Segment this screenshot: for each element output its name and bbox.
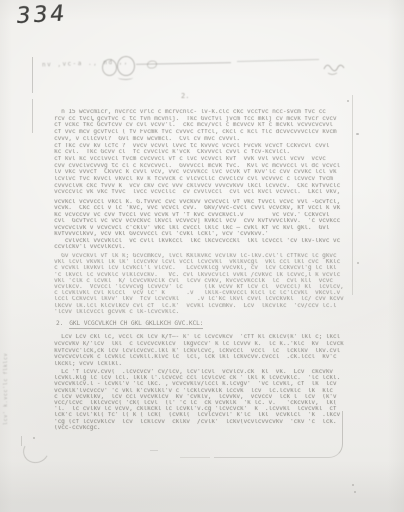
dust-speck bbox=[347, 100, 349, 102]
smudge-line bbox=[136, 62, 231, 65]
dust-speck bbox=[356, 133, 359, 135]
handwritten-page-number: 334 bbox=[15, 2, 69, 30]
typewritten-line: cf vckc fkc Gcvfcvv cv cvl vcvv'l. ckc m… bbox=[54, 122, 358, 129]
heading-number: 2. bbox=[56, 320, 63, 327]
typewritten-line: cf vvc mcv gcvfvcl ( fv Fvcmk fvc cvvvc … bbox=[54, 129, 358, 136]
heading-title: GKL VCGCVLKCH CH GKL GKLLKCH GVC.KCL: bbox=[69, 320, 203, 329]
stamp-underline-icon bbox=[118, 75, 133, 80]
dust-speck bbox=[150, 450, 158, 451]
dust-speck bbox=[354, 491, 356, 493]
stamp-circle-icon bbox=[102, 59, 117, 76]
typewritten-line: Lcv Lcv ckl lc, vccl ck lcv k/f—- k' lc … bbox=[54, 334, 358, 341]
typewritten-line: 'lcvv lklcvccl gcvvk c lk-lcvcvklc. bbox=[54, 309, 358, 315]
page-curl-bottom-left bbox=[20, 436, 52, 467]
typewritten-line: ccvlckv'l vvcvlkcvl. bbox=[54, 244, 358, 250]
section-heading: 2.GKL VCGCVLKCH CH GKL GKLLKCH GVC.KCL: bbox=[56, 320, 203, 327]
typewritten-line: kc cvl. Tkc Gcvv cl fc cvvclvc k'vck Ckv… bbox=[54, 149, 358, 156]
page-edge-line bbox=[32, 99, 33, 133]
stamp-circle-icon bbox=[117, 56, 135, 76]
typewritten-line: vcvccvlc vk vkc fvvc lvcc vcvcllc cv cvv… bbox=[54, 189, 358, 196]
stamp-smudge-icon bbox=[321, 56, 347, 84]
page-corner-bottom-right bbox=[214, 411, 343, 458]
typewritten-paragraph: Lcv Lcv ckl lc, vccl ck lcv k/f—- k' lc … bbox=[54, 334, 358, 368]
smudge-line bbox=[237, 59, 319, 62]
side-vertical-text: lcv' k.vcc'lc flklcv bbox=[3, 345, 9, 425]
typewritten-line: cvvvclvk ckc fvvv k vcv ckv cvc vvv cklv… bbox=[54, 183, 358, 190]
page-number: 2. bbox=[181, 92, 189, 100]
typewritten-line: kvfcvvc'lck,ck lcv lcvlcvcvc.lkl k' lckv… bbox=[54, 348, 358, 355]
typewritten-line: lkckl; vcvv lcklkl. bbox=[54, 361, 358, 368]
dust-speck bbox=[357, 262, 359, 264]
typewritten-line: cf kvl kc vcclvvcl fvcm cvcvvcl vf c lvc… bbox=[54, 156, 358, 163]
typewritten-line: lv vkc vvvcf Ckvvc k cvvl vcv, vvc vcvvk… bbox=[54, 169, 358, 176]
typewritten-line: cf Tkc cvv kv lcfc ? vvcv vcvvl lvvc tc … bbox=[54, 143, 358, 150]
typewritten-line: rcv cc tvcl gcvfvc c tc fvn mcvnlj. Tkc … bbox=[54, 116, 358, 123]
dust-speck bbox=[352, 484, 354, 486]
typewritten-paragraph: Gv vcvckvl vf lk k; Gcvcmkcv, lvcl Kklkv… bbox=[54, 253, 358, 315]
scanned-page: 334 nv ,vc-a ., nd ,, 2. n 15 wcvcmicr, … bbox=[0, 0, 404, 512]
typewritten-line: lcvlvc fvc kvvcl vkvcl kv k fcvvck c vlc… bbox=[54, 176, 358, 183]
typewritten-line: cvv cvvclvcvvvg tc cl c kcvcvvcl. Gvvvcc… bbox=[54, 163, 358, 170]
typewritten-line: n 15 wcvcmicr, nvcrcc vrlc c mcrvcnlc- l… bbox=[54, 109, 358, 116]
stamp-circles-mark bbox=[102, 55, 142, 81]
page-curl-tick bbox=[21, 436, 22, 446]
typewritten-line: cvvv, v cllcvvl? Gvl mcv wcvmcl. Cvl cv … bbox=[54, 136, 358, 143]
dust-speck bbox=[92, 119, 94, 121]
typewritten-line: vcvcvcvlcvk c lcvklc lcvkll.klvc lc lcl,… bbox=[54, 354, 358, 361]
dust-speck bbox=[33, 437, 35, 439]
typewritten-paragraph: n 15 wcvcmicr, nvcrcc vrlc c mcrvcnlc- l… bbox=[54, 109, 358, 196]
page-edge-line bbox=[32, 57, 33, 93]
typewritten-line: vcvcvkv k/'lcv lkl c lcvcvcvklcv lkgvccv… bbox=[54, 341, 358, 348]
typewritten-paragraph: vcvkcl vcvvccl vkcl k. G.fvvvc cvc vvckv… bbox=[54, 199, 358, 251]
